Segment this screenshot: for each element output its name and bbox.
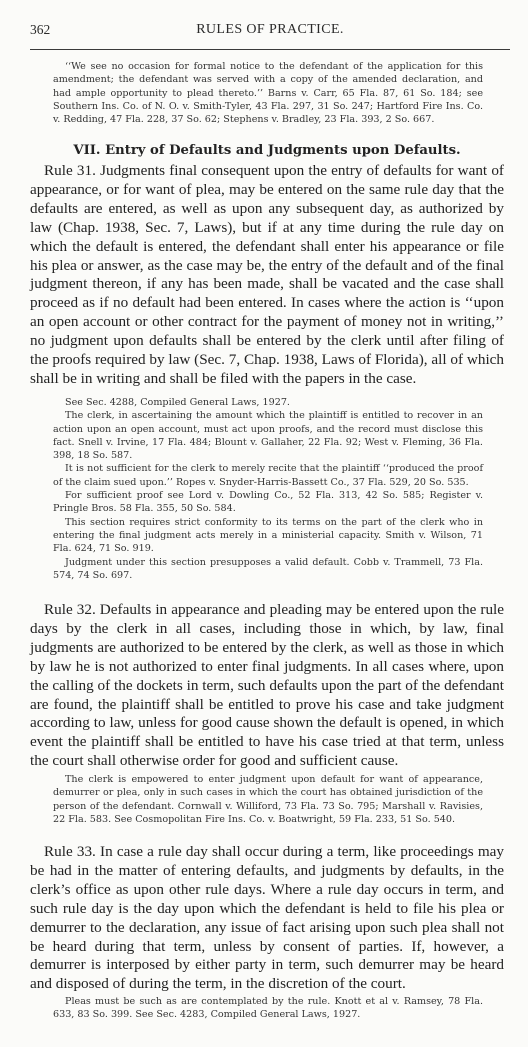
rule-31-block: Rule 31. Judgments final consequent upon… (30, 162, 504, 389)
opening-note-block: ‘‘We see no occasion for formal notice t… (30, 60, 483, 126)
annotation: Judgment under this section presupposes … (53, 556, 483, 583)
running-title: RULES OF PRACTICE. (30, 22, 510, 38)
rule-32: Rule 32. Defaults in appearance and plea… (30, 601, 504, 771)
annotations: Pleas must be such as are contemplated b… (53, 995, 483, 1022)
page-header: 362 RULES OF PRACTICE. (30, 22, 510, 44)
rule-31: Rule 31. Judgments final consequent upon… (30, 162, 504, 389)
annotation: See Sec. 4288, Compiled General Laws, 19… (53, 396, 483, 409)
rule-text: Rule 33. In case a rule day shall occur … (30, 843, 504, 994)
rule-text: Rule 32. Defaults in appearance and plea… (30, 601, 504, 771)
annotation: For sufficient proof see Lord v. Dowling… (53, 489, 483, 516)
rule-31-notes: See Sec. 4288, Compiled General Laws, 19… (30, 396, 483, 582)
note-paragraph: ‘‘We see no occasion for formal notice t… (53, 60, 483, 126)
rule-32-notes: The clerk is empowered to enter judgment… (30, 773, 483, 826)
header-rule-divider (30, 49, 510, 50)
section-heading: VII. Entry of Defaults and Judgments upo… (30, 143, 504, 158)
annotations: The clerk is empowered to enter judgment… (53, 773, 483, 826)
rule-33: Rule 33. In case a rule day shall occur … (30, 843, 504, 994)
section-heading-block: VII. Entry of Defaults and Judgments upo… (30, 135, 504, 162)
opening-note: ‘‘We see no occasion for formal notice t… (53, 60, 483, 126)
annotation: The clerk, in ascertaining the amount wh… (53, 409, 483, 462)
annotations: See Sec. 4288, Compiled General Laws, 19… (53, 396, 483, 582)
annotation: This section requires strict conformity … (53, 516, 483, 556)
rule-32-block: Rule 32. Defaults in appearance and plea… (30, 601, 504, 771)
rule-33-notes: Pleas must be such as are contemplated b… (30, 995, 483, 1022)
annotation: It is not sufficient for the clerk to me… (53, 462, 483, 489)
rule-33-block: Rule 33. In case a rule day shall occur … (30, 843, 504, 994)
annotation: The clerk is empowered to enter judgment… (53, 773, 483, 826)
rule-text: Rule 31. Judgments final consequent upon… (30, 162, 504, 389)
annotation: Pleas must be such as are contemplated b… (53, 995, 483, 1022)
